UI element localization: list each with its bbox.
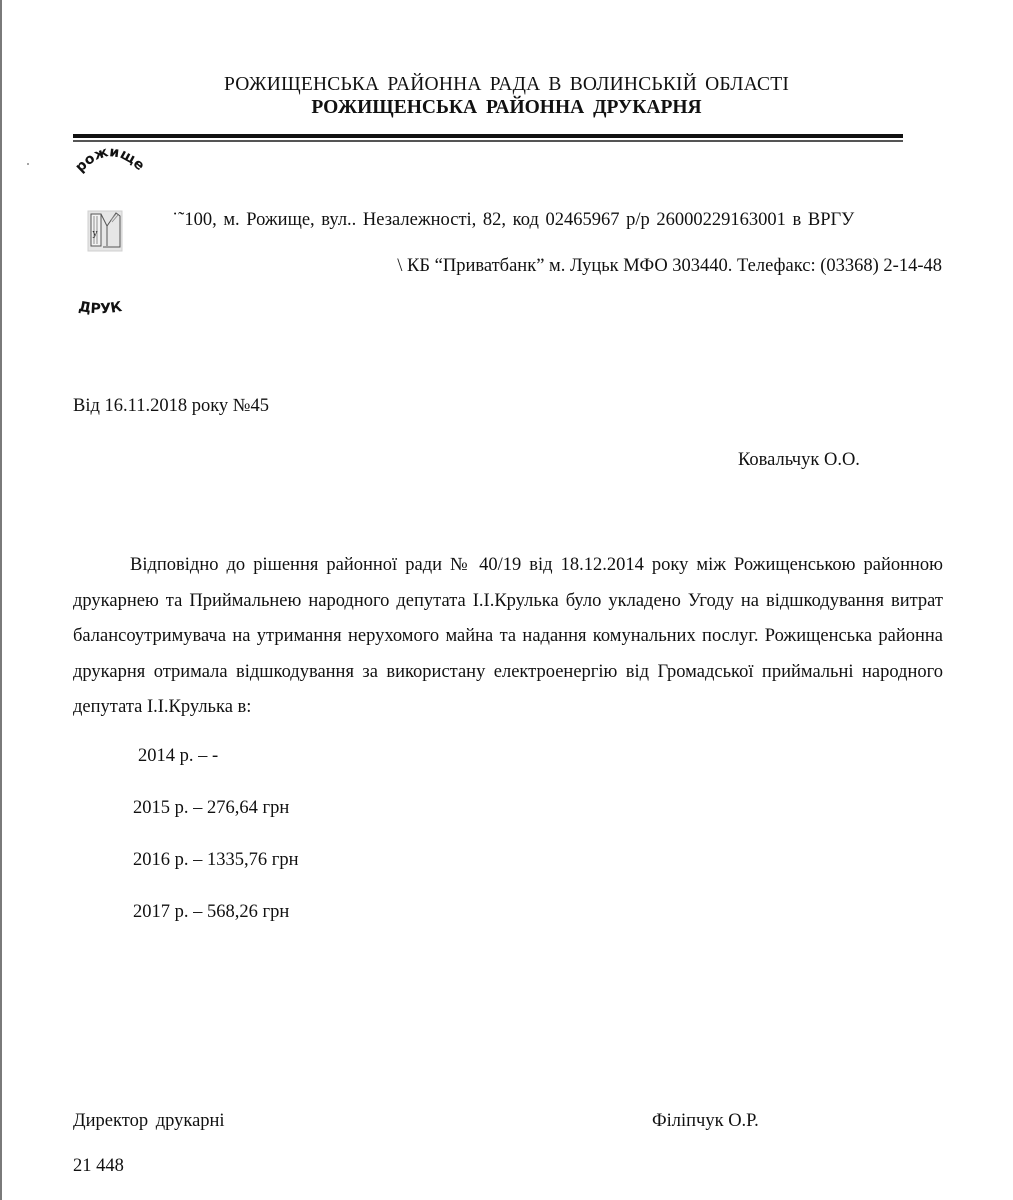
page-left-border bbox=[0, 0, 2, 1200]
payment-item-2015: 2015 р. – 276,64 грн bbox=[133, 796, 299, 848]
company-heading: РОЖИЩЕНСЬКА РАЙОННА ДРУКАРНЯ bbox=[0, 97, 1013, 119]
svg-text:y: y bbox=[92, 229, 99, 239]
logo-bottom-text-icon: ДРУК bbox=[74, 296, 140, 320]
footer-number: 21 448 bbox=[73, 1156, 124, 1177]
payments-list: 2014 р. – - 2015 р. – 276,64 грн 2016 р.… bbox=[133, 744, 299, 952]
header-rule-thin bbox=[73, 140, 903, 142]
payment-item-2014: 2014 р. – - bbox=[133, 744, 299, 796]
signatory-title: Директор друкарні bbox=[73, 1111, 225, 1132]
printing-emblem-icon: y bbox=[87, 210, 123, 252]
payment-item-2016: 2016 р. – 1335,76 грн bbox=[133, 848, 299, 900]
address-line-1: ˙˜100, м. Рожище, вул.. Незалежності, 82… bbox=[172, 210, 854, 231]
recipient-name: Ковальчук О.О. bbox=[738, 450, 860, 471]
payment-item-2017: 2017 р. – 568,26 грн bbox=[133, 900, 299, 952]
header-rule-thick bbox=[73, 134, 903, 138]
logo-arc-text-icon: рожище bbox=[70, 140, 150, 180]
org-heading: РОЖИЩЕНСЬКА РАЙОННА РАДА В ВОЛИНСЬКІЙ ОБ… bbox=[0, 74, 1013, 96]
svg-text:ДРУК: ДРУК bbox=[77, 299, 123, 317]
scan-speck bbox=[27, 163, 29, 165]
letter-body: Відповідно до рішення районної ради № 40… bbox=[73, 548, 943, 726]
letter-date-number: Від 16.11.2018 року №45 bbox=[73, 396, 269, 417]
svg-text:рожище: рожище bbox=[72, 144, 147, 175]
signatory-name: Філіпчук О.Р. bbox=[652, 1111, 759, 1132]
address-line-2: \ КБ “Приватбанк” м. Луцьк МФО 303440. Т… bbox=[397, 256, 942, 277]
